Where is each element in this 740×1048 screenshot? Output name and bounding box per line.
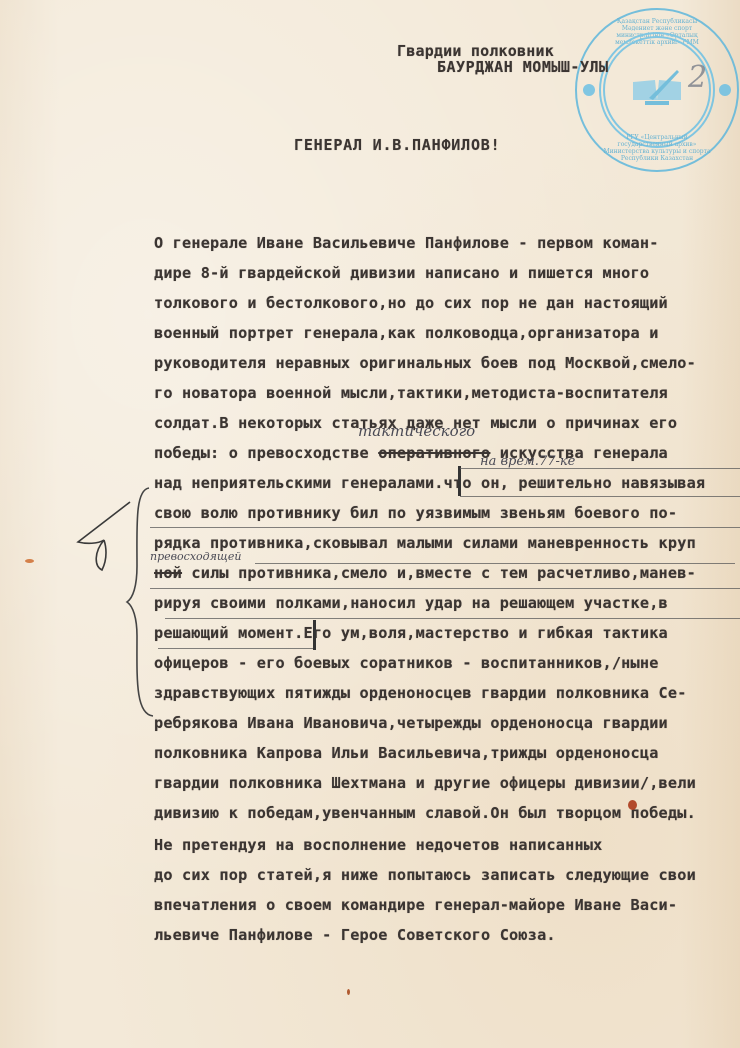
hand-line <box>460 468 740 469</box>
body-line: льевиче Панфилове - Герое Советского Сою… <box>154 926 556 944</box>
hand-underline <box>460 496 740 497</box>
text-segment: над неприятельскими генералами. <box>154 474 444 492</box>
stamp-cross-right-icon <box>719 84 731 96</box>
stain <box>25 559 34 563</box>
body-line: руководителя неравных оригинальных боев … <box>154 354 696 372</box>
struck-word: ной <box>154 564 182 582</box>
text-segment: силы противника,смело и,вместе с тем рас… <box>182 564 696 582</box>
body-line: над неприятельскими генералами.что он, р… <box>154 474 705 492</box>
body-line: Не претендуя на восполнение недочетов на… <box>154 836 603 854</box>
body-line: гвардии полковника Шехтмана и другие офи… <box>154 774 696 792</box>
hand-underline <box>150 588 740 589</box>
body-line: го новатора военной мысли,тактики,методи… <box>154 384 668 402</box>
body-line: полковника Капрова Ильи Васильевича,триж… <box>154 744 659 762</box>
stamp-text-bottom: РГУ «Центральный государственный архив» … <box>577 134 737 162</box>
insertion-mark <box>313 620 316 650</box>
handwritten-correction: превосходящей <box>150 550 242 563</box>
body-line: здравствующих пятижды орденоносцев гвард… <box>154 684 687 702</box>
document-title: ГЕНЕРАЛ И.В.ПАНФИЛОВ! <box>294 136 500 154</box>
handwritten-correction: тактического <box>358 422 475 440</box>
body-line: до сих пор статей,я ниже попытаюсь запис… <box>154 866 696 884</box>
page-number: 2 <box>688 60 707 95</box>
hand-underline <box>150 527 740 528</box>
margin-annotation-mark <box>72 500 142 580</box>
body-line: ной силы противника,смело и,вместе с тем… <box>154 564 696 582</box>
body-line: победы: о превосходстве оперативного иск… <box>154 444 668 462</box>
archive-stamp: Қазақстан Республикасы Мәдениет және спо… <box>575 8 739 172</box>
book-quill-icon <box>629 70 685 106</box>
document-page: Қазақстан Республикасы Мәдениет және спо… <box>0 0 740 1048</box>
body-line: офицеров - его боевых соратников - воспи… <box>154 654 659 672</box>
body-line: дивизию к победам,увенчанным славой.Он б… <box>154 804 696 822</box>
insertion-mark <box>458 466 461 496</box>
body-line: дире 8-й гвардейской дивизии написано и … <box>154 264 649 282</box>
body-line: ребрякова Ивана Ивановича,четырежды орде… <box>154 714 668 732</box>
body-line: свою волю противнику бил по уязвимым зве… <box>154 504 677 522</box>
body-line: рируя своими полками,наносил удар на реш… <box>154 594 668 612</box>
handwritten-insertion: на врем.77-ке <box>480 454 575 469</box>
author-name: БАУРДЖАН МОМЫШ-УЛЫ <box>437 58 609 76</box>
stain <box>628 800 637 810</box>
struck-word: оперативного <box>378 444 490 462</box>
body-line: толкового и бестолкового,но до сих пор н… <box>154 294 668 312</box>
text-segment: Его ум,воля,мастерство и гибкая тактика <box>304 624 668 642</box>
text-segment: решающий момент. <box>154 624 304 642</box>
body-line: О генерале Иване Васильевиче Панфилове -… <box>154 234 659 252</box>
body-line: впечатления о своем командире генерал-ма… <box>154 896 677 914</box>
hand-underline <box>158 648 313 649</box>
stamp-cross-left-icon <box>583 84 595 96</box>
text-segment: победы: о превосходстве <box>154 444 378 462</box>
stain <box>347 989 350 995</box>
text-segment: что он, решительно навязывая <box>444 474 706 492</box>
body-line: решающий момент.Его ум,воля,мастерство и… <box>154 624 668 642</box>
hand-underline <box>165 618 740 619</box>
body-line: военный портрет генерала,как полководца,… <box>154 324 659 342</box>
